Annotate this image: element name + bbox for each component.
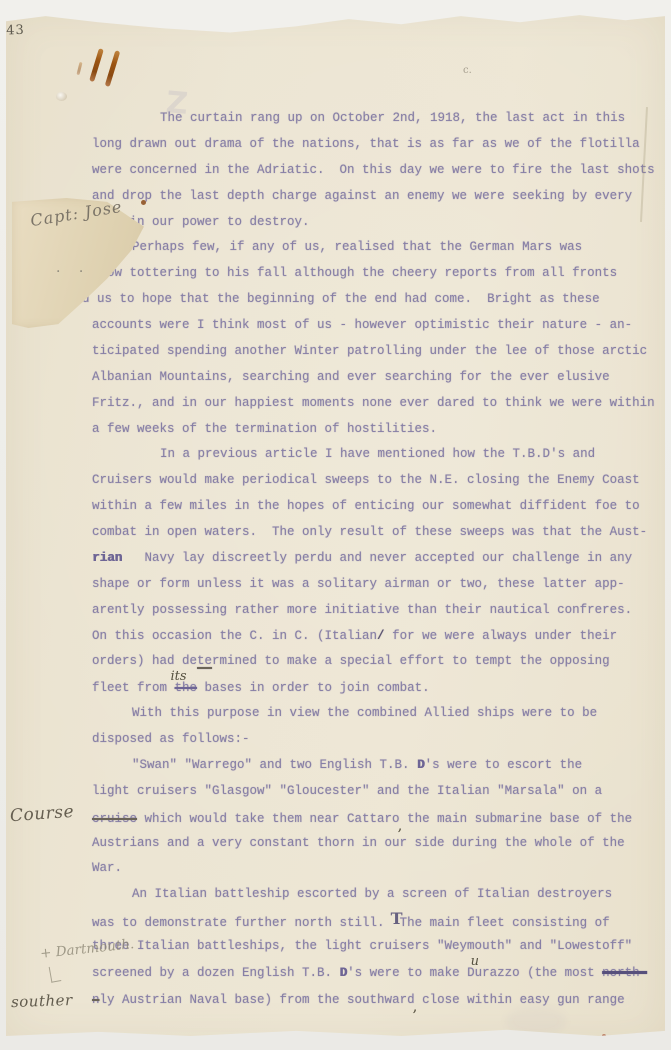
typed-line: Austrians and a very constant thorn in o…	[6, 831, 671, 857]
typed-line: "Swan" "Warrego" and two English T.B. D'…	[6, 753, 671, 779]
typed-segment: urazzo (the most	[475, 966, 603, 980]
typed-segment: now tottering to his fall although the c…	[92, 266, 617, 280]
typed-segment: shape or form unless it was a solitary a…	[92, 577, 625, 591]
typed-segment: a few weeks of the termination of hostil…	[92, 422, 437, 436]
page-number-handwritten: 43	[6, 1, 665, 39]
typed-line: light cruisers "Glasgow" "Gloucester" an…	[6, 779, 671, 805]
typed-segment: d us to hope that the beginning of the e…	[82, 292, 600, 306]
typed-segment: and drop the last depth charge against a…	[92, 189, 632, 203]
typed-segment: In a previous article I have mentioned h…	[160, 447, 595, 461]
typed-line: disposed as follows:-	[6, 727, 671, 753]
typed-line: War.	[6, 856, 671, 882]
typed-segment: War.	[92, 861, 122, 875]
typed-segment: which would take them near Cattaro	[137, 812, 400, 826]
typed-segment: arently possessing rather more initiativ…	[92, 603, 632, 617]
typed-segment: close within easy gun range	[415, 993, 625, 1007]
typed-line: was to demonstrate further north still. …	[6, 908, 671, 934]
typed-line: screened by a dozen English T.B. D's wer…	[6, 960, 671, 986]
orange-eleven-stroke	[89, 48, 103, 82]
typed-segment: ticipated spending another Winter patrol…	[92, 344, 647, 358]
typed-segment: were concerned in the Adriatic. On this …	[92, 163, 655, 177]
typed-line: long drawn out drama of the nations, tha…	[6, 132, 671, 158]
typed-line: cruise which would take them near Cattar…	[6, 805, 671, 831]
typed-line: An Italian battleship escorted by a scre…	[6, 882, 671, 908]
typed-segment: light cruisers "Glasgow" "Gloucester" an…	[92, 784, 602, 798]
typed-line: within a few miles in the hopes of entic…	[6, 494, 671, 520]
typed-segment: An Italian battleship escorted by a scre…	[132, 887, 612, 901]
typed-line: Albanian Mountains, searching and ever s…	[6, 365, 671, 391]
paper-dimple	[56, 92, 67, 101]
typed-line: a few weeks of the termination of hostil…	[6, 417, 671, 443]
orange-faint-stroke	[76, 62, 82, 75]
typed-line: Cruisers would make periodical sweeps to…	[6, 468, 671, 494]
typed-line: nly Austrian Naval base) from the southw…	[6, 986, 671, 1012]
typed-segment: disposed as follows:-	[92, 732, 250, 746]
typed-segment: combat in open waters. The only result o…	[92, 525, 647, 539]
typed-segment: ly Austrian Naval base) from the southwa…	[100, 993, 415, 1007]
paper-sheet: Z The curtain rang up on October 2nd, 19…	[6, 12, 665, 1038]
typed-line: In a previous article I have mentioned h…	[6, 442, 671, 468]
typed-line: shape or form unless it was a solitary a…	[6, 572, 671, 598]
typed-line: arently possessing rather more initiativ…	[6, 598, 671, 624]
typed-segment: Navy lay discreetly perdu and never acce…	[122, 551, 632, 565]
typed-segment: for we were always under their	[385, 629, 618, 643]
typed-segment-uline: te	[197, 654, 212, 668]
pencil-c-mark: c.	[463, 65, 472, 76]
typed-segment: Cruisers would make periodical sweeps to…	[92, 473, 640, 487]
typed-segment: three Italian battleships, the light cru…	[92, 939, 632, 953]
typed-segment: Albanian Mountains, searching and ever s…	[92, 370, 610, 384]
typed-segment-over: D	[417, 758, 425, 772]
typed-segment: rmined to make a special effort to tempt…	[212, 654, 610, 668]
typed-segment: The main fleet consisting of	[400, 916, 610, 930]
typed-segment: Austrians and a very constant thorn in o…	[92, 836, 625, 850]
typed-segment: The curtain rang up on October 2nd, 1918…	[160, 111, 625, 125]
scan-background: Z The curtain rang up on October 2nd, 19…	[0, 0, 671, 1050]
typed-line: combat in open waters. The only result o…	[6, 520, 671, 546]
typed-segment-pstrike: n	[92, 993, 100, 1007]
typed-segment: bases in order to join combat.	[197, 681, 430, 695]
typed-line: ticipated spending another Winter patrol…	[6, 339, 671, 365]
typed-line: accounts were I think most of us - howev…	[6, 313, 671, 339]
typed-segment-over: rian	[92, 551, 122, 565]
orange-eleven-stroke	[105, 50, 120, 87]
typed-segment: the main submarine base of the	[400, 812, 633, 826]
pencil-dots: · ·	[56, 264, 90, 280]
typed-line: The curtain rang up on October 2nd, 1918…	[6, 106, 671, 132]
typed-segment: On this occasion the C. in C. (Italian	[92, 629, 377, 643]
typed-segment: long drawn out drama of the nations, tha…	[92, 137, 640, 151]
typed-line: rian Navy lay discreetly perdu and never…	[6, 546, 671, 572]
typed-segment: 's were to escort the	[425, 758, 583, 772]
typed-segment-pstrike: cruise	[92, 812, 137, 826]
typed-line: d us to hope that the beginning of the e…	[0, 287, 671, 313]
typed-segment: screened by a dozen English T.B.	[92, 966, 340, 980]
typed-segment-handink: /	[377, 629, 385, 643]
typed-line: fleet from itsthe bases in order to join…	[6, 675, 671, 701]
typed-segment-scribble: north-	[602, 966, 647, 980]
rust-speck	[602, 1034, 606, 1038]
typed-segment: within a few miles in the hopes of entic…	[92, 499, 640, 513]
typed-line: were concerned in the Adriatic. On this …	[6, 158, 671, 184]
typed-line: orders) had determined to make a special…	[6, 649, 671, 675]
typed-segment: orders) had de	[92, 654, 197, 668]
typed-segment: was to demonstrate further north still.	[92, 916, 400, 930]
typed-line: With this purpose in view the combined A…	[6, 701, 671, 727]
handwritten-souther: souther	[11, 991, 73, 1011]
typed-segment: Fritz., and in our happiest moments none…	[92, 396, 655, 410]
typed-segment-over: D	[340, 966, 348, 980]
typed-segment: accounts were I think most of us - howev…	[92, 318, 632, 332]
typed-segment: fleet from	[92, 681, 175, 695]
rust-speck	[141, 200, 146, 205]
typed-segment: With this purpose in view the combined A…	[132, 706, 597, 720]
typed-line: On this occasion the C. in C. (Italian/ …	[6, 624, 671, 650]
typed-segment: "Swan" "Warrego" and two English T.B.	[132, 758, 417, 772]
typed-segment: Perhaps few, if any of us, realised that…	[132, 240, 582, 254]
typed-segment: 's were to make D	[347, 966, 475, 980]
typed-line: Fritz., and in our happiest moments none…	[6, 391, 671, 417]
